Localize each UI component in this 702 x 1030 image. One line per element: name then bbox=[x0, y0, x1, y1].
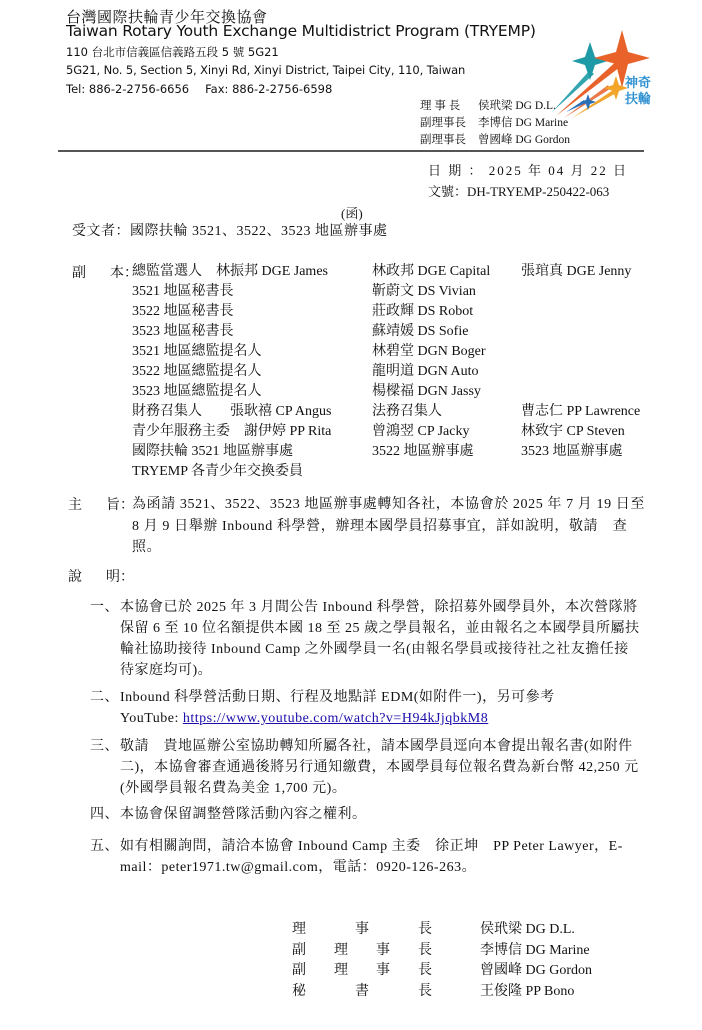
title-char: 事 bbox=[376, 959, 390, 979]
cc-entry: 3522 地區秘書長 bbox=[132, 302, 234, 322]
cc-entry: 曹志仁 PP Lawrence bbox=[521, 402, 640, 422]
subject-label-b: 旨： bbox=[106, 498, 134, 513]
item-text: 如有相關詢問，請洽本協會 Inbound Camp 主委 徐正坤 PP Pete… bbox=[120, 836, 640, 878]
title-char: 理 bbox=[334, 939, 348, 959]
cc-entry: 3521 地區秘書長 bbox=[132, 282, 234, 302]
youtube-link[interactable]: https://www.youtube.com/watch?v=H94kJjqb… bbox=[183, 711, 488, 726]
item-text: Inbound 科學營活動日期、行程及地點詳 EDM(如附件一)，另可參考 Yo… bbox=[120, 687, 640, 729]
cc-entry: 蘇靖媛 DS Sofie bbox=[372, 322, 468, 342]
cc-entry: 龍明道 DGN Auto bbox=[372, 362, 479, 382]
youtube-label: YouTube: bbox=[120, 711, 183, 726]
signature-name: 王俊隆 PP Bono bbox=[480, 980, 574, 1000]
signature-name: 李博信 DG Marine bbox=[480, 939, 590, 959]
item-text-part: Inbound 科學營活動日期、行程及地點詳 EDM(如附件一)，另可參考 bbox=[120, 690, 555, 705]
item-number: 一、 bbox=[90, 597, 119, 618]
cc-entry: 3523 地區總監提名人 bbox=[132, 382, 262, 402]
signature-name: 曾國峰 DG Gordon bbox=[480, 959, 592, 979]
cc-entry: 3522 地區辦事處 bbox=[372, 442, 474, 462]
cc-entry: 法務召集人 bbox=[372, 402, 442, 422]
signature-row: 秘 書 長 王俊隆 PP Bono bbox=[292, 980, 652, 1000]
cc-entry: 林致宇 CP Steven bbox=[521, 422, 625, 442]
cc-entry: 莊政輝 DS Robot bbox=[372, 302, 473, 322]
title-char: 長 bbox=[418, 980, 432, 1000]
description-label-b: 明： bbox=[106, 570, 134, 585]
description-label: 說明： bbox=[68, 566, 134, 586]
signature-row: 副 理 事 長 李博信 DG Marine bbox=[292, 939, 652, 959]
signature-title: 副 理 事 長 bbox=[292, 939, 432, 959]
subject-label-a: 主 bbox=[68, 498, 82, 513]
item-number: 二、 bbox=[90, 687, 119, 708]
description-item: 三、 敬請 貴地區辦公室協助轉知所屬各社，請本國學員逕向本會提出報名書(如附件二… bbox=[90, 736, 650, 802]
title-char: 長 bbox=[418, 918, 432, 938]
signature-row: 副 理 事 長 曾國峰 DG Gordon bbox=[292, 959, 652, 979]
subject-text: 為函請 3521、3522、3523 地區辦事處轉知各社，本協會於 2025 年… bbox=[132, 494, 652, 559]
description-item: 一、 本協會已於 2025 年 3 月間公告 Inbound 科學營，除招募外國… bbox=[90, 597, 650, 687]
title-char: 理 bbox=[334, 959, 348, 979]
description-item: 二、 Inbound 科學營活動日期、行程及地點詳 EDM(如附件一)，另可參考… bbox=[90, 687, 650, 731]
cc-entry: 林碧堂 DGN Boger bbox=[372, 342, 486, 362]
signature-name: 侯玳梁 DG D.L. bbox=[480, 918, 575, 938]
signature-title: 秘 書 長 bbox=[292, 980, 432, 1000]
item-text: 本協會保留調整營隊活動內容之權利。 bbox=[120, 804, 640, 825]
cc-entry: 3523 地區辦事處 bbox=[521, 442, 623, 462]
cc-entry: 財務召集人 張耿禧 CP Angus bbox=[132, 402, 331, 422]
signature-title: 副 理 事 長 bbox=[292, 959, 432, 979]
title-char: 事 bbox=[376, 939, 390, 959]
title-char: 長 bbox=[418, 939, 432, 959]
subject-label: 主旨： bbox=[68, 494, 134, 514]
item-text: 敬請 貴地區辦公室協助轉知所屬各社，請本國學員逕向本會提出報名書(如附件二)，本… bbox=[120, 736, 640, 799]
title-char: 理 bbox=[292, 918, 306, 938]
cc-entry: 張琯真 DGE Jenny bbox=[521, 262, 631, 282]
item-number: 五、 bbox=[90, 836, 119, 857]
title-char: 副 bbox=[292, 959, 306, 979]
description-label-a: 說 bbox=[68, 570, 82, 585]
cc-entry: 3523 地區秘書長 bbox=[132, 322, 234, 342]
cc-entry: 林政邦 DGE Capital bbox=[372, 262, 490, 282]
title-char: 長 bbox=[418, 959, 432, 979]
cc-entry: TRYEMP 各青少年交換委員 bbox=[132, 462, 303, 482]
cc-entry: 國際扶輪 3521 地區辦事處 bbox=[132, 442, 293, 462]
title-char: 事 bbox=[355, 918, 369, 938]
description-item: 四、 本協會保留調整營隊活動內容之權利。 bbox=[90, 804, 650, 826]
item-text: 本協會已於 2025 年 3 月間公告 Inbound 科學營，除招募外國學員外… bbox=[120, 597, 640, 681]
title-char: 秘 bbox=[292, 980, 306, 1000]
item-number: 四、 bbox=[90, 804, 119, 825]
title-char: 書 bbox=[355, 980, 369, 1000]
cc-entry: 3521 地區總監提名人 bbox=[132, 342, 262, 362]
cc-entry: 3522 地區總監提名人 bbox=[132, 362, 262, 382]
cc-entry: 青少年服務主委 謝伊婷 PP Rita bbox=[132, 422, 331, 442]
title-char: 副 bbox=[292, 939, 306, 959]
cc-entry: 楊樑福 DGN Jassy bbox=[372, 382, 481, 402]
cc-entry: 總監當選人 林振邦 DGE James bbox=[132, 262, 328, 282]
signature-row: 理 事 長 侯玳梁 DG D.L. bbox=[292, 918, 652, 938]
cc-entry: 曾鴻翌 CP Jacky bbox=[372, 422, 469, 442]
cc-entry: 靳蔚文 DS Vivian bbox=[372, 282, 476, 302]
description-item: 五、 如有相關詢問，請洽本協會 Inbound Camp 主委 徐正坤 PP P… bbox=[90, 836, 650, 880]
signature-title: 理 事 長 bbox=[292, 918, 432, 938]
item-number: 三、 bbox=[90, 736, 119, 757]
